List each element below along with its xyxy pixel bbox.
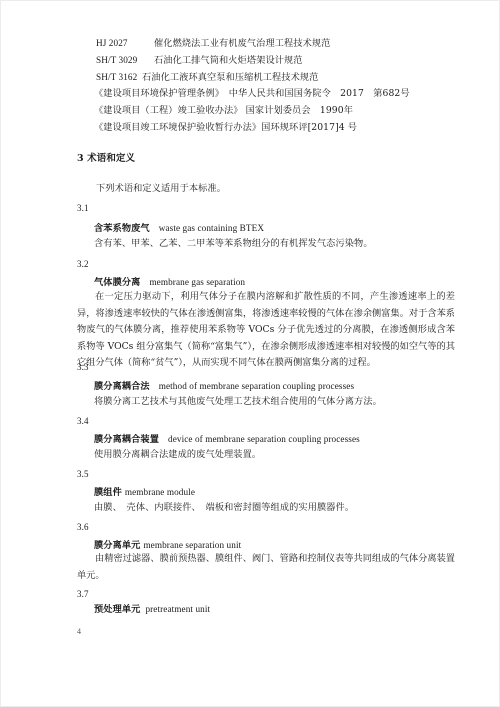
regulation-item: 《建设项目竣工环境保护验收暂行办法》国环规环评[2017]4 号: [94, 122, 357, 134]
term-chinese: 预处理单元: [94, 604, 140, 615]
document-page: HJ 2027催化燃烧法工业有机废气治理工程技术规范 SH/T 3029石油化工…: [0, 0, 500, 707]
page-number: 4: [77, 627, 81, 636]
term-definition: 含有苯、甲苯、乙苯、二甲苯等苯系物组分的有机挥发气态污染物。: [94, 238, 373, 250]
reference-title: 石油化工排气筒和火炬塔架设计规范: [154, 55, 303, 66]
term-definition: 使用膜分离耦合法建成的废气处理装置。: [94, 449, 261, 461]
term-title: 膜分离耦合装置device of membrane separation cou…: [94, 433, 360, 446]
term-title: 膜分离耦合法method of membrane separation coup…: [94, 380, 354, 393]
regulation-item: 《建设项目（工程）竣工验收办法》 国家计划委员会 1990年: [94, 105, 353, 117]
term-title: 膜组件membrane module: [94, 486, 195, 499]
term-english: membrane module: [125, 487, 195, 497]
reference-item: HJ 2027催化燃烧法工业有机废气治理工程技术规范: [96, 37, 330, 50]
term-number: 3.1: [77, 202, 89, 214]
term-english: device of membrane separation coupling p…: [168, 434, 360, 444]
section-intro: 下列术语和定义适用于本标准。: [96, 183, 226, 195]
term-english: method of membrane separation coupling p…: [159, 381, 354, 391]
term-english: membrane gas separation: [149, 277, 245, 287]
term-english: pretreatment unit: [145, 604, 210, 614]
term-number: 3.7: [77, 588, 89, 600]
section-heading: 3 术语和定义: [77, 153, 135, 165]
term-english: membrane separation unit: [143, 540, 241, 550]
term-chinese: 气体膜分离: [94, 277, 140, 288]
term-title: 气体膜分离membrane gas separation: [94, 276, 245, 289]
term-number: 3.2: [77, 258, 89, 270]
term-number: 3.6: [77, 521, 89, 533]
term-number: 3.4: [77, 415, 89, 427]
term-definition: 由精密过滤器、膜前预热器、膜组件、阀门、管路和控制仪表等共同组成的气体分离装置单…: [77, 551, 455, 584]
term-english: waste gas containing BTEX: [159, 223, 264, 233]
term-chinese: 膜组件: [94, 487, 122, 498]
reference-title: 催化燃烧法工业有机废气治理工程技术规范: [154, 38, 330, 49]
reference-code: SH/T 3162: [96, 71, 142, 83]
term-chinese: 膜分离耦合法: [94, 381, 150, 392]
reference-item: SH/T 3162石油化工液环真空泵和压缩机工程技术规范: [96, 71, 318, 84]
term-title: 预处理单元pretreatment unit: [94, 603, 210, 616]
reference-code: HJ 2027: [96, 37, 154, 49]
reference-title: 石油化工液环真空泵和压缩机工程技术规范: [142, 72, 318, 83]
term-title: 含苯系物废气waste gas containing BTEX: [94, 222, 264, 235]
term-definition: 由膜、 壳体、内联接件、 端板和密封圈等组成的实用膜器件。: [94, 502, 354, 514]
term-definition: 在一定压力驱动下，利用气体分子在膜内溶解和扩散性质的不同，产生渗透速率上的差异，…: [77, 289, 455, 372]
term-chinese: 膜分离耦合装置: [94, 434, 159, 445]
reference-item: SH/T 3029石油化工排气筒和火炬塔架设计规范: [96, 54, 303, 67]
term-number: 3.5: [77, 468, 89, 480]
term-definition: 将膜分离工艺技术与其他废气处理工艺技术组合使用的气体分离方法。: [94, 396, 382, 408]
regulation-item: 《建设项目环境保护管理条例》 中华人民共和国国务院令 2017 第682号: [94, 88, 410, 100]
term-number: 3.3: [77, 361, 89, 373]
reference-code: SH/T 3029: [96, 54, 154, 66]
term-chinese: 膜分离单元: [94, 540, 140, 551]
term-chinese: 含苯系物废气: [94, 223, 150, 234]
